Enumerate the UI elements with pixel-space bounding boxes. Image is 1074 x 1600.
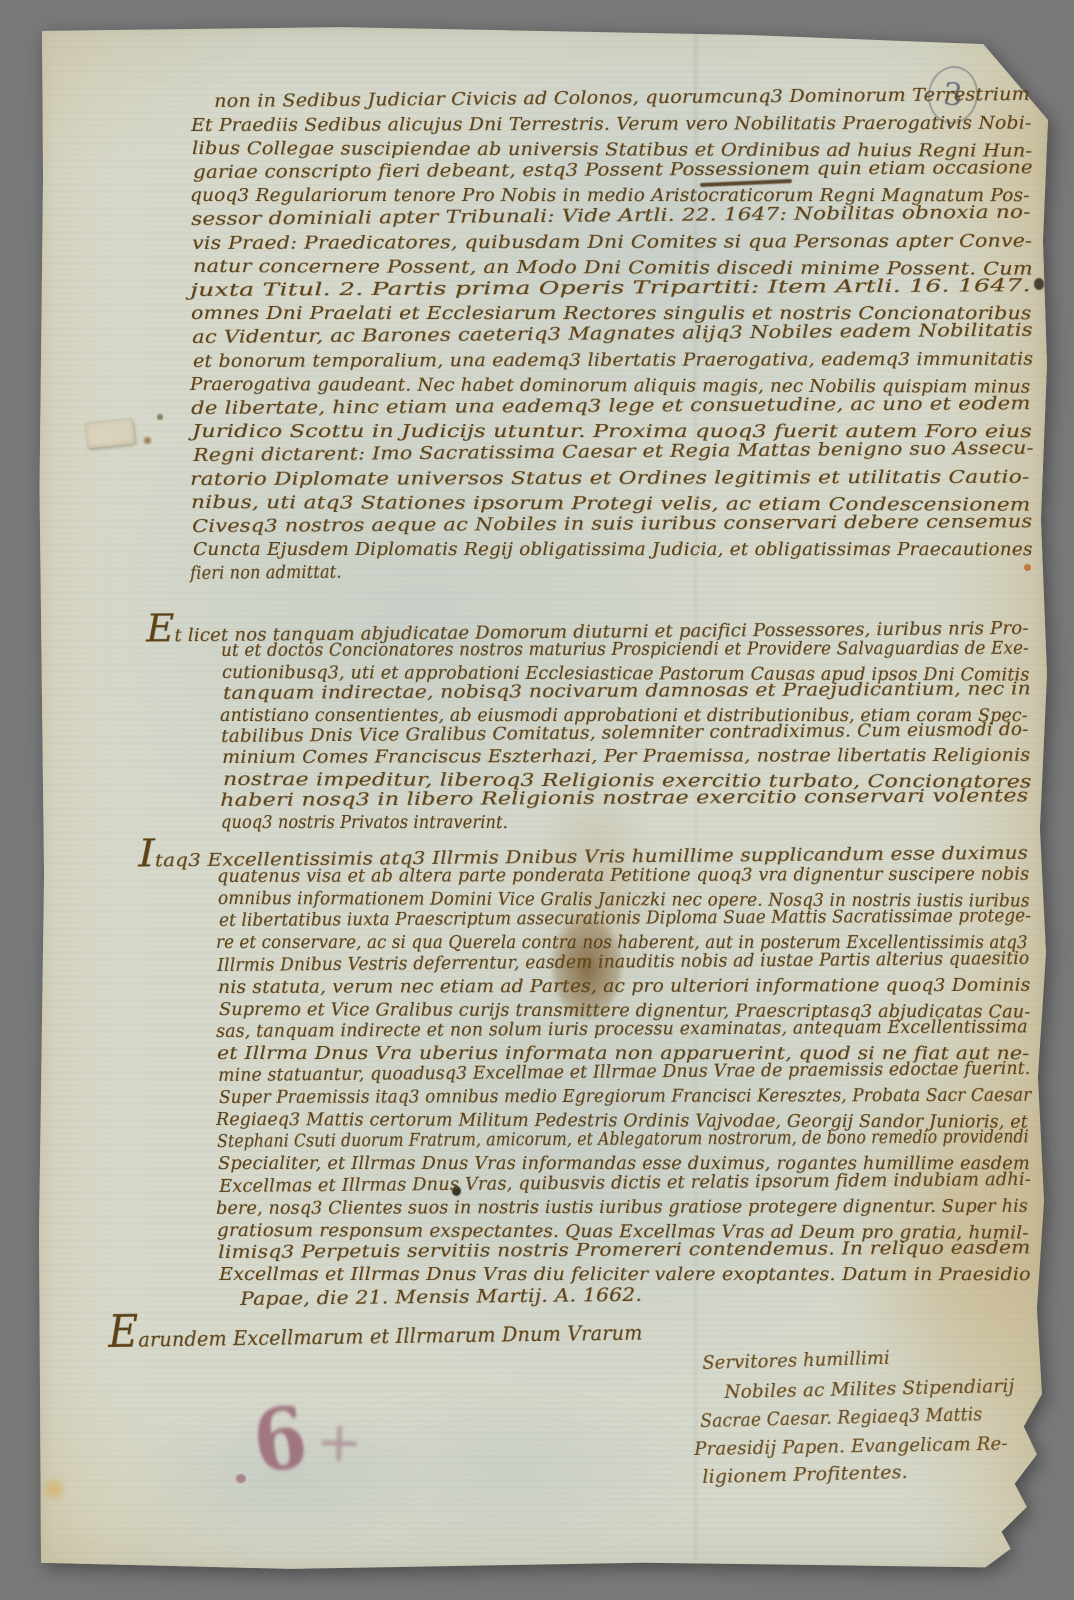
manuscript-line: Civesq3 nostros aeque ac Nobiles in suis… (192, 510, 1032, 536)
manuscript-line: fieri non admittat. (190, 561, 342, 584)
manuscript-line: ut et doctos Concionatores nostros matur… (221, 637, 1029, 661)
archival-mark-cross: + (315, 1409, 364, 1476)
manuscript-line: Super Praemissis itaq3 omnibus medio Egr… (219, 1084, 1031, 1108)
manuscript-line: bere, nosq3 Clientes suos in nostris ius… (216, 1194, 1028, 1218)
manuscript-line: Cuncta Ejusdem Diplomatis Regij obligati… (193, 538, 1033, 559)
manuscript-line: limisq3 Perpetuis servitiis nostris Prom… (218, 1236, 1031, 1262)
manuscript-line: nis statuta, verum nec etiam ad Partes, … (218, 973, 1030, 997)
manuscript-line: et bonorum temporalium, una eademq3 libe… (193, 347, 1033, 371)
archival-mark-numeral: 6 (247, 1387, 313, 1492)
manuscript-line: quatenus visa et ab altera parte pondera… (217, 863, 1029, 887)
manuscript-line: minium Comes Franciscus Eszterhazi, Per … (222, 744, 1030, 768)
manuscript-line: gariae conscripto fieri debeant, estq3 P… (193, 156, 1033, 182)
manuscript-line: sas, tanquam indirecte et non solum iuri… (216, 1015, 1028, 1041)
manuscript-line: ratorio Diplomate universos Status et Or… (190, 465, 1029, 489)
manuscript-line: Et Praediis Sedibus alicujus Dni Terrest… (191, 111, 1032, 135)
dateline: Papae, die 21. Mensis Martij. A. 1662. (240, 1284, 642, 1311)
manuscript-scan: 3 non in Sedibus Judiciar Civicis ad Col… (0, 0, 1074, 1600)
manuscript-line: Excellmas et Illrmas Dnus Vras diu felic… (219, 1263, 1031, 1284)
manuscript-line: vis Praed: Praedicatores, quibusdam Dni … (192, 229, 1032, 253)
manuscript-line: quoq3 nostris Privatos intraverint. (221, 811, 508, 832)
manuscript-line: de libertate, hinc etiam una eademq3 leg… (191, 392, 1031, 418)
archival-purple-mark: 6 + (238, 1378, 383, 1515)
manuscript-line: juxta Titul. 2. Partis prima Operis Trip… (190, 274, 1031, 300)
